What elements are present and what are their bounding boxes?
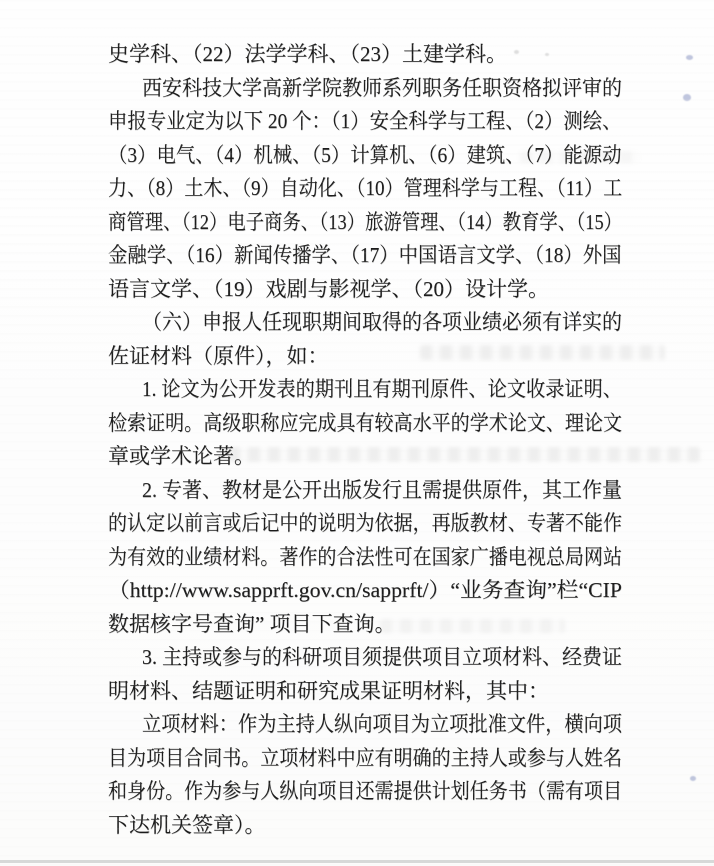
scan-speck — [545, 53, 549, 56]
scan-speck — [683, 94, 691, 101]
text-line: 3. 主持或参与的科研项目须提供项目立项材料、经费证 — [108, 641, 622, 675]
text-line: 金融学、（16）新闻传播学、（17）中国语言文学、（18）外国 — [108, 239, 622, 273]
text-line: 申报专业定为以下 20 个：（1）安全科学与工程、（2）测绘、 — [108, 105, 622, 139]
scan-smudge — [520, 151, 640, 163]
text-line: 的认定以前言或后记中的说明为依据，再版教材、专著不能作 — [108, 507, 622, 541]
text-line: 检索证明。高级职称应完成具有较高水平的学术论文、理论文 — [108, 407, 622, 441]
scan-smudge — [420, 345, 665, 360]
text-line: 立项材料：作为主持人纵向项目为立项批准文件，横向项 — [108, 708, 622, 742]
text-line: 和身份。作为参与人纵向项目还需提供计划任务书（需有项目 — [108, 775, 622, 809]
scanned-document-page: 史学科、（22）法学学科、（23）土建学科。西安科技大学高新学院教师系列职务任职… — [0, 0, 714, 866]
scan-speck — [514, 50, 519, 54]
text-line: 下达机关签章）。 — [108, 809, 622, 843]
text-line: 1. 论文为公开发表的期刊且有期刊原件、论文收录证明、 — [108, 373, 622, 407]
text-line: （六）申报人任现职期间取得的各项业绩必须有详实的 — [108, 306, 622, 340]
text-line: 目为项目合同书。立项材料中应有明确的主持人或参与人姓名 — [108, 742, 622, 776]
text-line: 2. 专著、教材是公开出版发行且需提供原件，其工作量 — [108, 474, 622, 508]
scan-speck — [690, 776, 696, 781]
scan-smudge — [380, 619, 565, 633]
text-line: （http://www.sapprft.gov.cn/sapprft/）“业务查… — [108, 574, 622, 608]
scan-smudge — [228, 447, 700, 462]
text-line: 语言文学、（19）戏剧与影视学、（20）设计学。 — [108, 273, 622, 307]
scan-speck — [686, 55, 693, 60]
text-line: 力、（8）土木、（9）自动化、（10）管理科学与工程、（11）工 — [108, 172, 622, 206]
text-line: 为有效的业绩材料。著作的合法性可在国家广播电视总局网站 — [108, 541, 622, 575]
text-line: 商管理、（12）电子商务、（13）旅游管理、（14）教育学、（15） — [108, 206, 622, 240]
text-line: 明材料、结题证明和研究成果证明材料，其中： — [108, 675, 622, 709]
page-bottom-rule — [0, 860, 714, 863]
text-line: 西安科技大学高新学院教师系列职务任职资格拟评审的 — [108, 72, 622, 106]
